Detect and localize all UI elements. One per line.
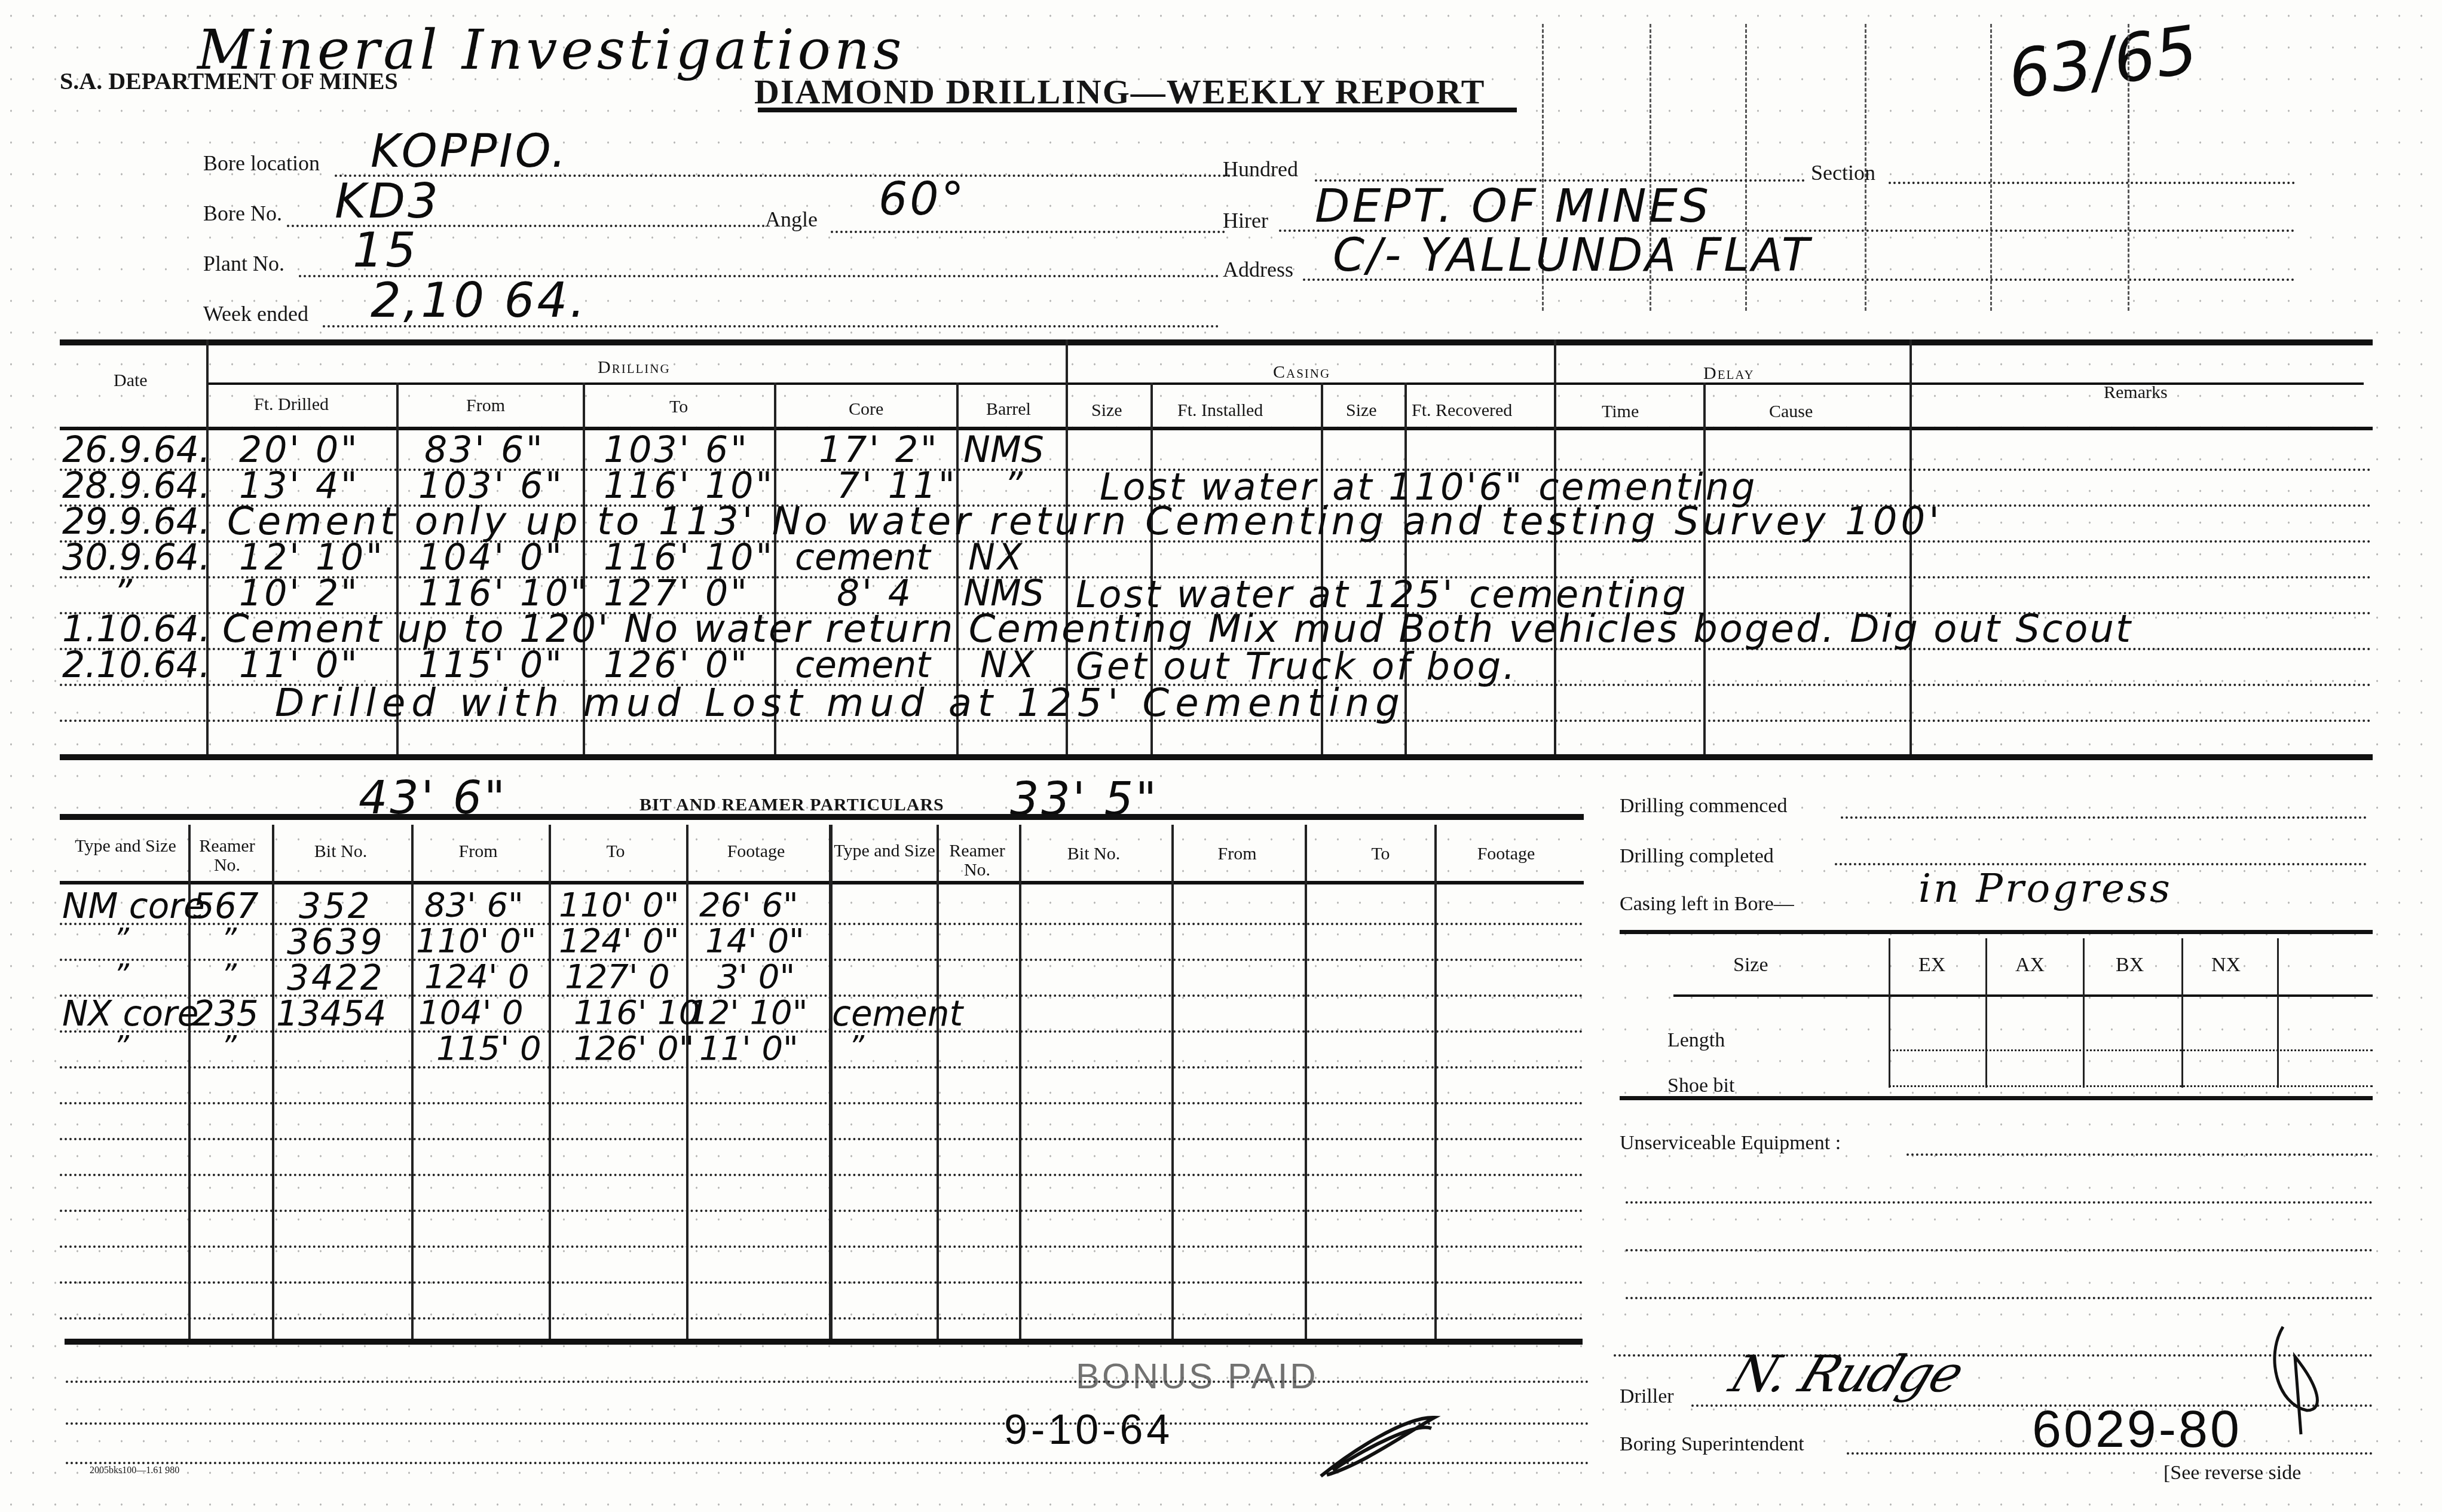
bit-cell-to: 124' 0": [559, 922, 679, 960]
bit-cell-type: ”: [114, 922, 131, 956]
drilling-commenced-label: Drilling commenced: [1620, 795, 1787, 818]
page-title: DIAMOND DRILLING—WEEKLY REPORT: [754, 72, 1485, 112]
row-line: [60, 1210, 1584, 1212]
bit-cell-from: 83' 6": [424, 886, 524, 925]
col-divider: [1889, 938, 1890, 1088]
row-line: [60, 1281, 1584, 1284]
group-header-delay: Delay: [1703, 363, 1755, 384]
week-ended-label: Week ended: [203, 301, 308, 326]
plant-no-label: Plant No.: [203, 251, 284, 276]
col-divider: [2277, 938, 2279, 1088]
bit-cell-footage: 14' 0": [705, 922, 804, 960]
bit-cell-footage: 12' 10": [687, 993, 807, 1032]
unserviceable-line-3: [1626, 1249, 2373, 1251]
bleed-line: [2128, 24, 2129, 311]
bit-cell-reamer: ”: [221, 957, 239, 992]
col-divider: [272, 825, 274, 1339]
bit-col-type-size: Type and Size: [60, 837, 191, 856]
table-top-rule: [60, 339, 2373, 345]
hundred-label: Hundred: [1223, 157, 1298, 182]
bit-cell-type: NM core: [62, 886, 205, 926]
address-value: C/- YALLUNDA FLAT: [1333, 228, 1812, 281]
col-divider: [937, 825, 939, 1339]
drilling-completed-label: Drilling completed: [1620, 845, 1774, 868]
bit-col-to: To: [550, 841, 681, 862]
column-header-casing-size: Size: [1091, 400, 1122, 421]
bore-location-value: KOPPIO.: [371, 124, 568, 177]
angle-line: [831, 231, 1225, 233]
cell-from: 115' 0": [418, 644, 564, 686]
title-underline: [758, 108, 1517, 112]
cell-barrel: NX: [980, 644, 1036, 686]
cell-to: 126' 0": [604, 644, 749, 686]
group-header-drilling: Drilling: [598, 357, 671, 378]
col-divider: [1171, 825, 1174, 1339]
bit-cell-footage: 11' 0": [699, 1029, 798, 1068]
casing-table-bottom-rule: [1620, 1096, 2373, 1100]
bonus-paid-stamp: BONUS PAID: [1076, 1355, 1318, 1397]
subheader-rule: [206, 382, 2364, 385]
bit-table-header-rule: [60, 881, 1584, 884]
col-divider: [1703, 382, 1706, 758]
bit-cell-reamer: ”: [221, 1029, 239, 1064]
group-header-casing: Casing: [1273, 362, 1330, 382]
bit-cell-bit: 13454: [276, 993, 387, 1034]
bit-cell-bit: 3422: [287, 957, 385, 998]
bit-cell-type: NX core: [62, 993, 198, 1034]
stamp-date: 9-10-64: [1004, 1406, 1173, 1453]
bit-cell-type: ”: [114, 1029, 131, 1064]
bit-cell-reamer: 567: [192, 886, 259, 926]
bit-cell-from: 110' 0": [416, 922, 536, 960]
bit-col-reamer-no: Reamer No.: [188, 837, 266, 875]
col-divider: [829, 825, 833, 1339]
angle-label: Angle: [765, 207, 818, 232]
shoe-bit-label: Shoe bit: [1667, 1075, 1734, 1097]
bit-cell-type-2: cement: [832, 993, 963, 1034]
bit-col-footage: Footage: [687, 841, 825, 862]
bit-cell-bit: 3639: [287, 922, 385, 962]
col-divider: [411, 825, 414, 1339]
bit-col-type-size-2: Type and Size: [834, 841, 935, 861]
col-divider: [1019, 825, 1021, 1339]
col-divider: [1434, 825, 1437, 1339]
column-header-ft-installed: Ft. Installed: [1177, 400, 1263, 421]
casing-size-ex: EX: [1918, 954, 1945, 977]
header-rule: [60, 427, 2373, 430]
col-divider: [2181, 938, 2183, 1088]
row-line: [60, 1317, 1584, 1320]
col-divider: [2083, 938, 2085, 1088]
shoe-bit-line: [1889, 1085, 2373, 1087]
casing-size-bx: BX: [2116, 954, 2144, 977]
file-reference: 63/65: [2004, 11, 2202, 114]
casing-header-rule: [1673, 994, 2373, 997]
section-label: Section: [1811, 160, 1875, 185]
cell-date: 30.9.64.: [62, 537, 210, 579]
reference-number: 6029-80: [2032, 1398, 2242, 1459]
bit-cell-footage: 3' 0": [717, 957, 795, 996]
drilling-commenced-line: [1841, 816, 2367, 819]
see-reverse-note: [See reverse side: [2163, 1462, 2301, 1485]
column-header-ft-recovered: Ft. Recovered: [1412, 400, 1512, 421]
row-line: [60, 1102, 1584, 1104]
hirer-label: Hirer: [1223, 208, 1268, 233]
column-header-recovered-size: Size: [1346, 400, 1377, 421]
unserviceable-line-2: [1626, 1201, 2373, 1204]
length-label: Length: [1667, 1029, 1725, 1052]
bit-cell-type-2: ”: [849, 1029, 867, 1064]
casing-table-top-rule: [1620, 930, 2373, 934]
casing-left-value: in Progress: [1918, 865, 2172, 911]
col-divider: [1554, 339, 1556, 758]
week-ended-value: 2,10 64.: [371, 273, 587, 328]
bit-cell-reamer: ”: [221, 922, 239, 956]
length-line: [1889, 1049, 2373, 1051]
address-label: Address: [1223, 257, 1293, 282]
col-divider: [1305, 825, 1307, 1339]
bit-cell-type: ”: [114, 957, 131, 992]
casing-size-nx: NX: [2211, 954, 2241, 977]
row-line: [60, 1245, 1584, 1248]
table-bottom-rule: [60, 754, 2373, 760]
bit-col-reamer-no-2: Reamer No.: [938, 841, 1016, 880]
column-header-core: Core: [849, 399, 883, 420]
column-header-ft-drilled: Ft. Drilled: [254, 394, 329, 415]
hirer-value: DEPT. OF MINES: [1315, 179, 1711, 232]
bit-table-bottom-rule: [65, 1339, 1583, 1345]
bit-col-bit-no: Bit No.: [275, 841, 406, 862]
group-header-remarks: Remarks: [2104, 382, 2168, 403]
print-code: 2005bks100—1.61 980: [90, 1465, 179, 1476]
bit-cell-footage: 26' 6": [699, 886, 798, 925]
bit-table-top-rule: [60, 814, 1584, 820]
column-header-to: To: [669, 397, 688, 417]
footer-line: [66, 1381, 1590, 1383]
bore-location-label: Bore location: [203, 151, 320, 176]
bit-cell-from: 124' 0: [424, 957, 530, 996]
cell-core: cement: [795, 644, 931, 686]
unserviceable-line-4: [1626, 1297, 2373, 1299]
bore-no-value: KD3: [335, 173, 440, 229]
superintendent-label: Boring Superintendent: [1620, 1433, 1804, 1456]
col-divider: [1909, 339, 1912, 758]
bit-col-bit-no-2: Bit No.: [1028, 844, 1159, 864]
section-line: [1889, 182, 2295, 184]
col-divider: [1985, 938, 1987, 1088]
bit-cell-from: 115' 0: [436, 1029, 541, 1068]
casing-size-ax: AX: [2015, 954, 2045, 977]
bit-cell-to: 127' 0: [565, 957, 670, 996]
column-header-delay-cause: Cause: [1769, 402, 1813, 422]
unserviceable-label: Unserviceable Equipment :: [1620, 1132, 1841, 1155]
casing-left-label: Casing left in Bore—: [1620, 893, 1794, 916]
bleed-line: [1990, 24, 1992, 311]
column-header-delay-time: Time: [1602, 402, 1639, 422]
bit-cell-bit: 352: [299, 886, 372, 926]
driller-signature: N. Rudge: [1722, 1345, 1971, 1403]
bit-cell-to: 126' 0": [574, 1029, 694, 1068]
department-name: S.A. DEPARTMENT OF MINES: [60, 67, 398, 95]
bit-reamer-title: BIT AND REAMER PARTICULARS: [639, 795, 944, 815]
plant-no-value: 15: [353, 222, 418, 278]
bit-cell-from: 104' 0: [418, 993, 524, 1032]
column-header-from: From: [466, 396, 505, 416]
row-line: [60, 1066, 1584, 1069]
row-line: [60, 1174, 1584, 1176]
bit-col-to-2: To: [1345, 844, 1416, 864]
bit-col-from: From: [412, 841, 544, 862]
column-header-date: Date: [114, 371, 148, 391]
bit-cell-reamer: 235: [192, 993, 259, 1034]
bit-col-from-2: From: [1171, 844, 1303, 864]
row-line: [60, 1138, 1584, 1140]
bit-cell-to: 116' 10: [574, 993, 700, 1032]
bore-no-label: Bore No.: [203, 201, 282, 226]
driller-label: Driller: [1620, 1385, 1674, 1408]
column-header-barrel: Barrel: [986, 399, 1031, 420]
col-divider: [549, 825, 551, 1339]
cell-date: 2.10.64.: [62, 644, 210, 686]
superintendent-initial-icon: [2259, 1321, 2331, 1440]
bit-col-footage-2: Footage: [1446, 844, 1566, 864]
initials-scribble-icon: [1315, 1410, 1446, 1482]
cell-ft-drilled: 11' 0": [239, 644, 360, 686]
unserviceable-line: [1907, 1153, 2373, 1156]
cell-note: Drilled with mud Lost mud at 125' Cement…: [275, 681, 1406, 726]
angle-value: 60°: [879, 172, 966, 225]
casing-size-label: Size: [1733, 954, 1768, 977]
col-divider: [686, 825, 688, 1339]
bit-cell-to: 110' 0": [559, 886, 679, 925]
